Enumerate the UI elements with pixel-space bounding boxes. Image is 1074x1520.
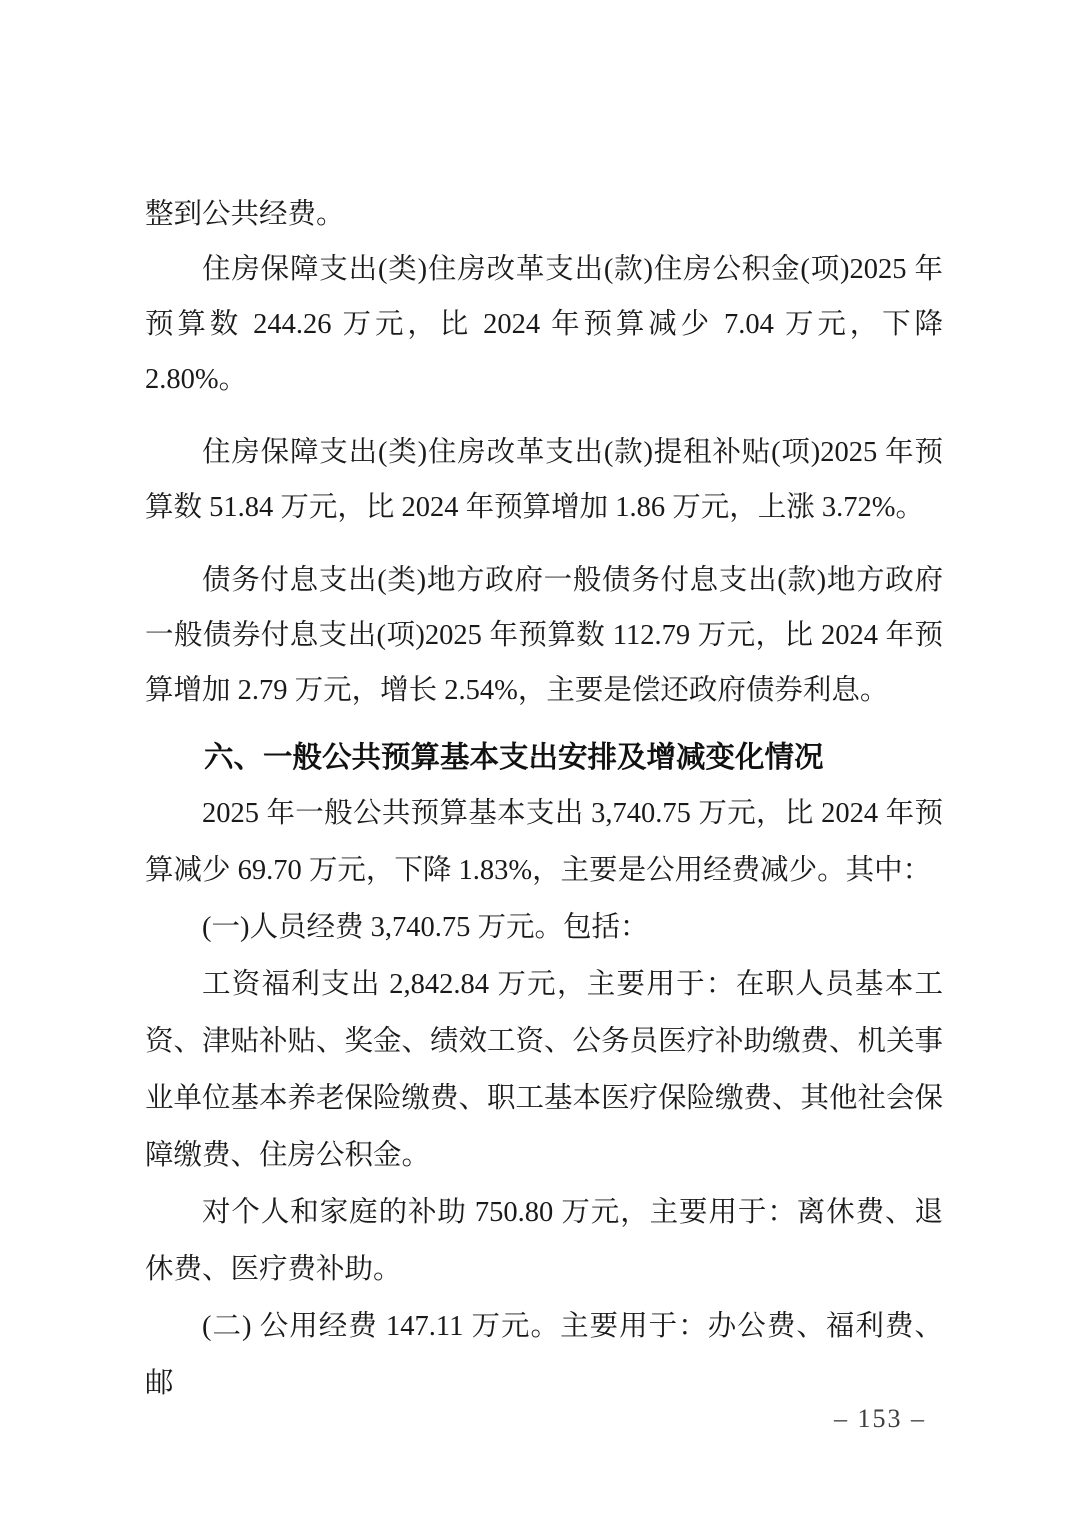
paragraph-wage-welfare: 工资福利支出 2,842.84 万元，主要用于：在职人员基本工资、津贴补贴、奖金… xyxy=(145,956,943,1184)
document-page: 整到公共经费。 住房保障支出(类)住房改革支出(款)住房公积金(项)2025 年… xyxy=(0,0,1074,1520)
paragraph-individual-family-subsidy: 对个人和家庭的补助 750.80 万元，主要用于：离休费、退休费、医疗费补助。 xyxy=(145,1184,943,1298)
paragraph-rent-subsidy: 住房保障支出(类)住房改革支出(款)提租补贴(项)2025 年预算数 51.84… xyxy=(145,425,943,535)
paragraph-housing-fund: 住房保障支出(类)住房改革支出(款)住房公积金(项)2025 年预算数 244.… xyxy=(145,242,943,407)
document-body: 整到公共经费。 住房保障支出(类)住房改革支出(款)住房公积金(项)2025 年… xyxy=(145,187,943,1412)
paragraph-continuation: 整到公共经费。 xyxy=(145,187,943,242)
section-heading: 六、一般公共预算基本支出安排及增减变化情况 xyxy=(145,730,943,785)
page-number: – 153 – xyxy=(834,1404,926,1434)
paragraph-public-funds: (二) 公用经费 147.11 万元。主要用于：办公费、福利费、邮 xyxy=(145,1298,943,1412)
paragraph-debt-interest: 债务付息支出(类)地方政府一般债务付息支出(款)地方政府一般债券付息支出(项)2… xyxy=(145,553,943,718)
paragraph-personnel-funds: (一)人员经费 3,740.75 万元。包括： xyxy=(145,899,943,956)
paragraph-basic-expenditure-summary: 2025 年一般公共预算基本支出 3,740.75 万元，比 2024 年预算减… xyxy=(145,785,943,899)
